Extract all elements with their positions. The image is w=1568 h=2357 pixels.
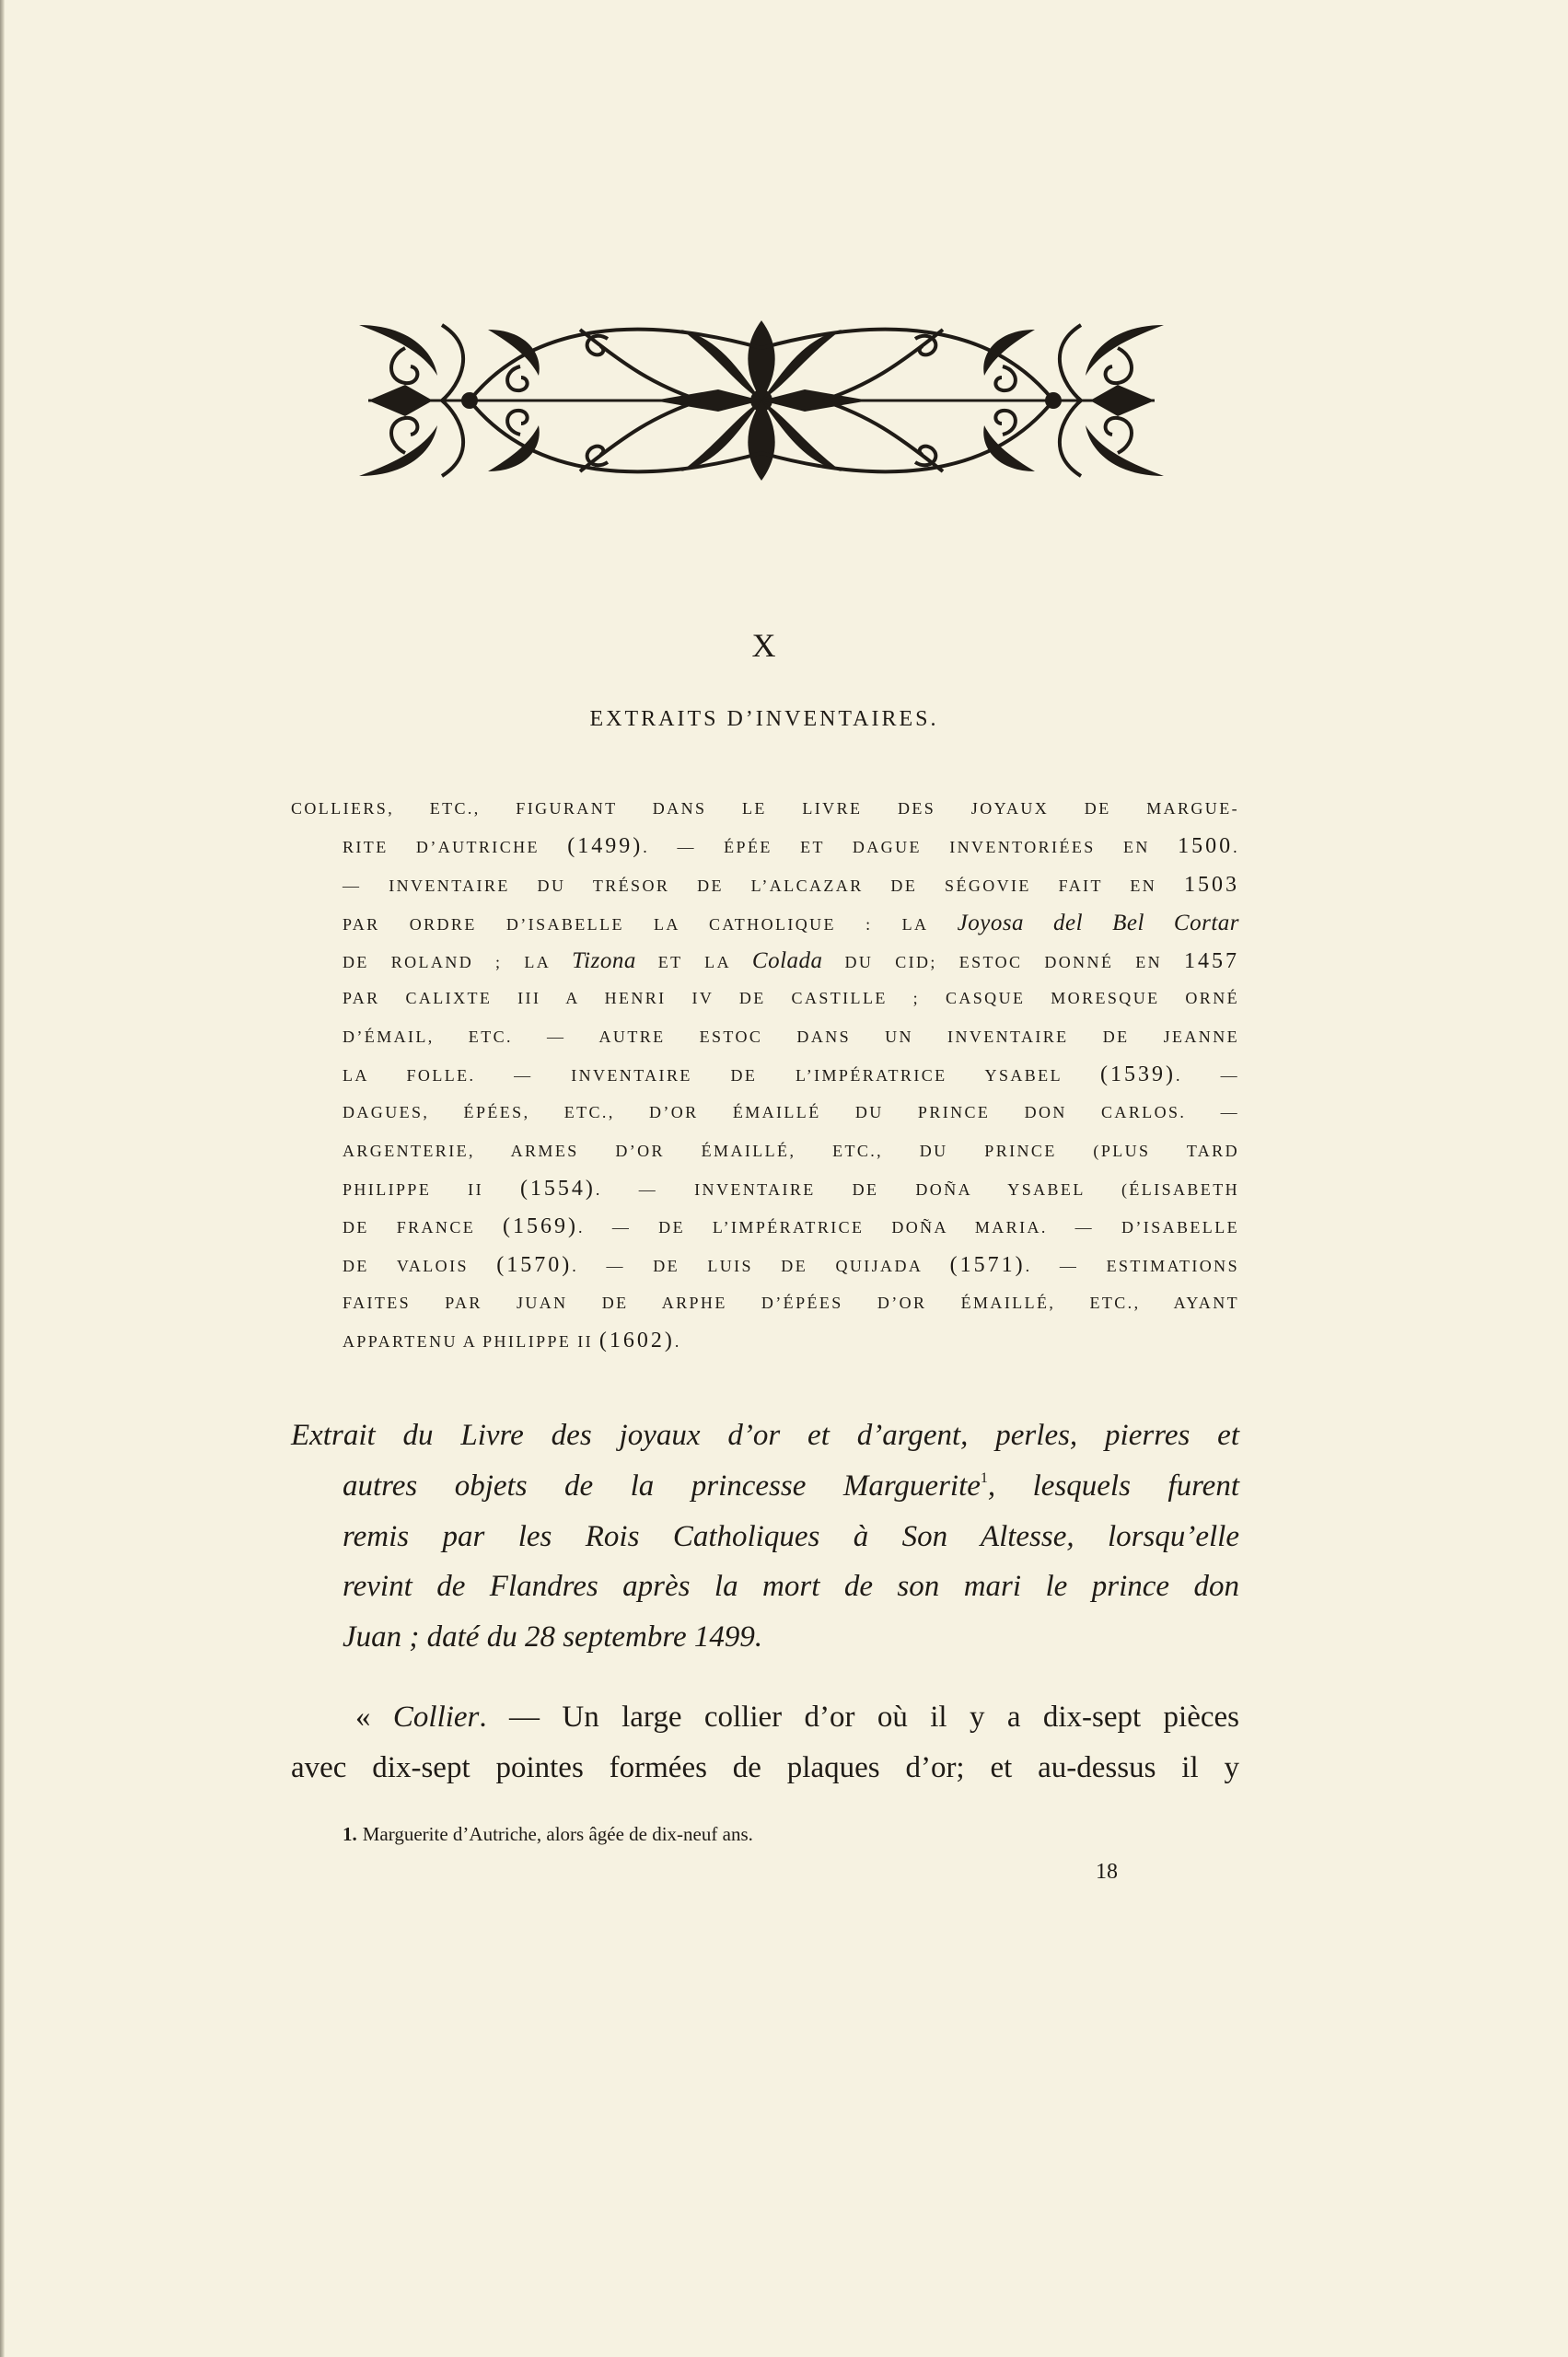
- summary-line: RITE D’AUTRICHE (1499). — ÉPÉE ET DAGUE …: [343, 828, 1239, 865]
- body-paragraph: « Collier. — Un large collier d’or où il…: [291, 1692, 1239, 1794]
- intro-line: autres objets de la princesse Marguerite…: [343, 1461, 1239, 1512]
- footnote-number: 1.: [343, 1823, 357, 1845]
- intro-line: remis par les Rois Catholiques à Son Alt…: [343, 1512, 1239, 1562]
- page-binding-edge: [0, 0, 5, 2357]
- footnote-text: Marguerite d’Autriche, alors âgée de dix…: [363, 1823, 753, 1845]
- document-heading-paragraph: Extrait du Livre des joyaux d’or et d’ar…: [291, 1411, 1239, 1663]
- summary-line: PHILIPPE II (1554). — INVENTAIRE DE DOÑA…: [343, 1170, 1239, 1208]
- summary-line: APPARTENU A PHILIPPE II (1602).: [343, 1322, 1239, 1360]
- summary-line: LA FOLLE. — INVENTAIRE DE L’IMPÉRATRICE …: [343, 1056, 1239, 1094]
- chapter-number: X: [0, 626, 1528, 665]
- summary-line: DE ROLAND ; LA Tizona ET LA Colada DU CI…: [343, 942, 1239, 980]
- intro-line: revint de Flandres après la mort de son …: [343, 1562, 1239, 1612]
- arabesque-headpiece-ornament-icon: [350, 311, 1173, 490]
- intro-line: Juan ; daté du 28 septembre 1499.: [343, 1612, 1239, 1663]
- summary-line: PAR ORDRE D’ISABELLE LA CATHOLIQUE : LA …: [343, 904, 1239, 942]
- summary-line: — INVENTAIRE DU TRÉSOR DE L’ALCAZAR DE S…: [343, 866, 1239, 904]
- body-line: « Collier. — Un large collier d’or où il…: [355, 1692, 1239, 1743]
- summary-line: PAR CALIXTE III A HENRI IV DE CASTILLE ;…: [343, 980, 1239, 1017]
- footnote-reference[interactable]: 1: [981, 1470, 988, 1486]
- summary-line: DE FRANCE (1569). — DE L’IMPÉRATRICE DOÑ…: [343, 1208, 1239, 1246]
- summary-line: DAGUES, ÉPÉES, ETC., D’OR ÉMAILLÉ DU PRI…: [343, 1094, 1239, 1132]
- summary-line: COLLIERS, ETC., FIGURANT DANS LE LIVRE D…: [291, 790, 1239, 828]
- chapter-title: EXTRAITS D’INVENTAIRES.: [0, 707, 1528, 732]
- summary-line: DE VALOIS (1570). — DE LUIS DE QUIJADA (…: [343, 1247, 1239, 1284]
- summary-line: FAITES PAR JUAN DE ARPHE D’ÉPÉES D’OR ÉM…: [343, 1284, 1239, 1322]
- page-number: 18: [1096, 1860, 1118, 1885]
- summary-line: D’ÉMAIL, ETC. — AUTRE ESTOC DANS UN INVE…: [343, 1018, 1239, 1056]
- intro-line: Extrait du Livre des joyaux d’or et d’ar…: [291, 1411, 1239, 1461]
- body-line: avec dix-sept pointes formées de plaques…: [291, 1743, 1239, 1794]
- footnote: 1.Marguerite d’Autriche, alors âgée de d…: [343, 1823, 753, 1846]
- chapter-summary: COLLIERS, ETC., FIGURANT DANS LE LIVRE D…: [291, 790, 1239, 1360]
- summary-line: ARGENTERIE, ARMES D’OR ÉMAILLÉ, ETC., DU…: [343, 1132, 1239, 1170]
